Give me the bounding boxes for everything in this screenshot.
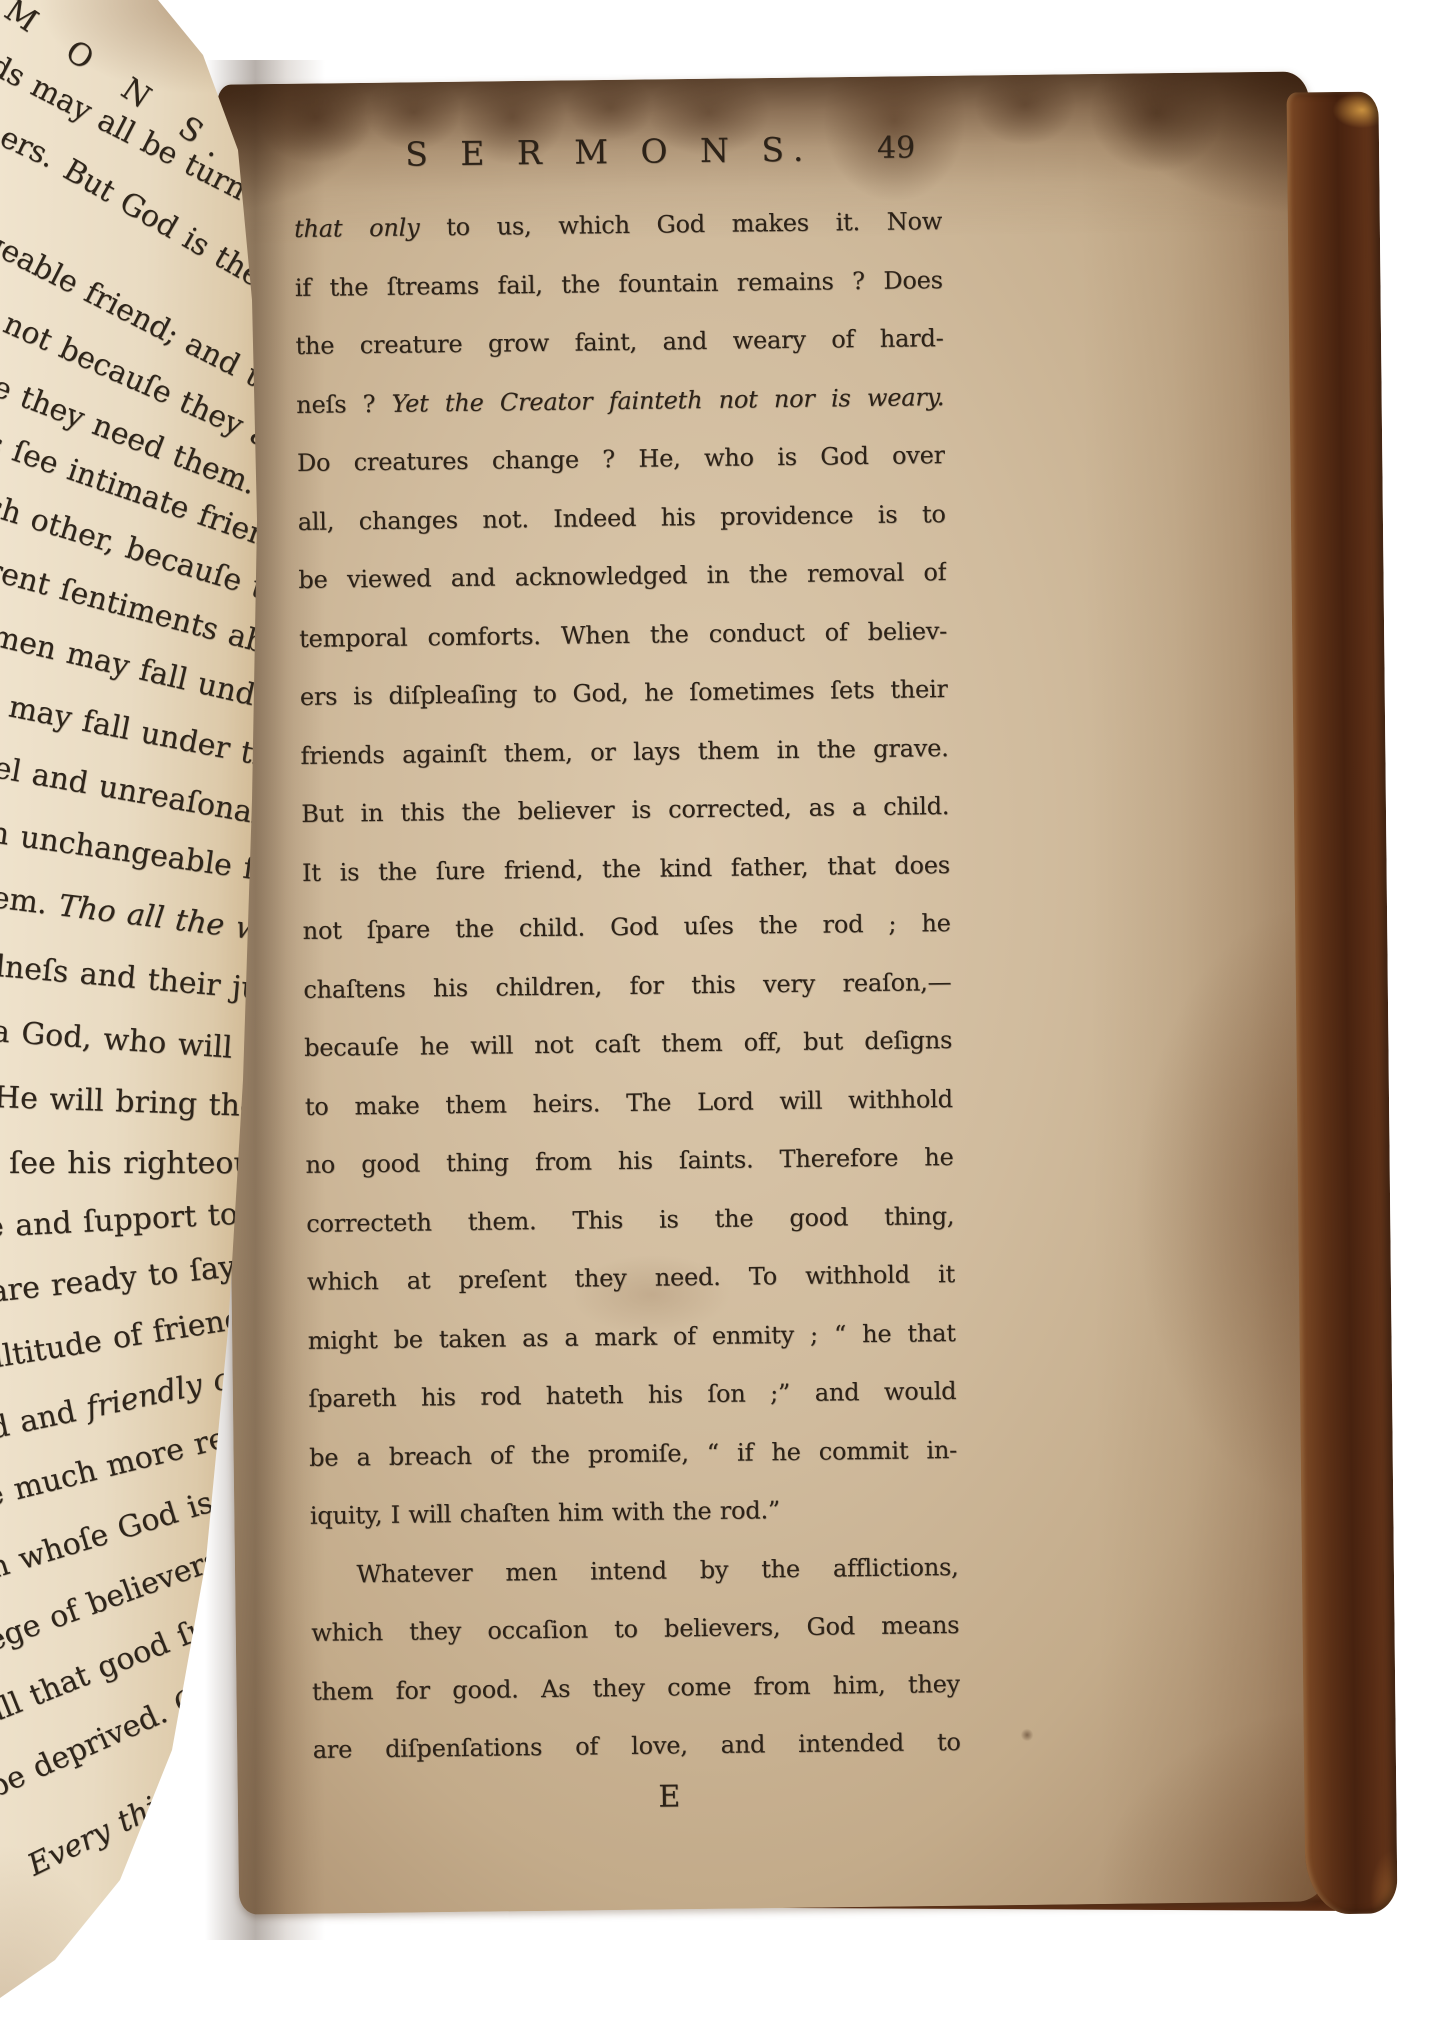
text-line: are diſpenſations of love, and intended … (312, 1713, 961, 1779)
text-line: that only to us, which God makes it. Now (294, 192, 943, 258)
text-line: which at preſent they need. To withhold … (307, 1245, 956, 1311)
text-segment: might be taken as a mark of enmity ; “ h… (308, 1318, 956, 1354)
text-line: be a breach of the promiſe, “ if he comm… (309, 1420, 958, 1486)
italic-text-segment: Yet the Creator fainteth not nor is wear… (391, 383, 944, 418)
text-line: iquity, I will chaſten him with the rod.… (310, 1479, 959, 1545)
text-line: It is the ſure friend, the kind father, … (302, 836, 951, 902)
text-segment: which they occaſion to believers, God me… (311, 1611, 959, 1647)
text-line: correcteth them. This is the good thing, (306, 1187, 955, 1253)
text-line: ſpareth his rod hateth his ſon ;” and wo… (308, 1362, 957, 1428)
text-line: Do creatures change ? He, who is God ove… (297, 426, 946, 492)
text-segment: em. (0, 880, 61, 923)
text-segment: which at preſent they need. To withhold … (307, 1260, 955, 1296)
text-segment: not ſpare the child. God uſes the rod ; … (303, 909, 951, 945)
text-segment: are diſpenſations of love, and intended … (313, 1728, 961, 1764)
text-segment: to us, which God makes it. Now (419, 207, 942, 241)
text-segment: temporal comforts. When the conduct of b… (299, 617, 947, 653)
text-segment: be a breach of the promiſe, “ if he comm… (309, 1435, 957, 1471)
text-line: Whatever men intend by the afflictions, (310, 1537, 959, 1603)
left-text-fragment: ers. (0, 120, 61, 176)
binding-spine-edge (1286, 92, 1397, 1915)
text-line: chaſtens his children, for this very rea… (303, 953, 952, 1019)
text-line: which they occaſion to believers, God me… (311, 1596, 960, 1662)
text-line: becauſe he will not caſt them off, but d… (304, 1011, 953, 1077)
page-number: 49 (877, 130, 916, 165)
text-segment: neſs ? (296, 389, 392, 418)
text-line: friends againſt them, or lays them in th… (300, 719, 949, 785)
right-page-text: S E R M O N S. 49 that only to us, which… (293, 128, 962, 1818)
text-line: be viewed and acknowledged in the remova… (298, 543, 947, 609)
text-segment: Whatever men intend by the afflictions, (356, 1552, 958, 1587)
text-line: But in this the believer is corrected, a… (301, 777, 950, 843)
body-text: that only to us, which God makes it. Now… (294, 192, 961, 1779)
italic-text-segment: that only (294, 213, 420, 243)
text-line: temporal comforts. When the conduct of b… (299, 602, 948, 668)
text-segment: ers is diſpleaſing to God, he ſometimes … (300, 675, 948, 711)
text-segment: It is the ſure friend, the kind father, … (302, 851, 950, 887)
text-line: to make them heirs. The Lord will withho… (305, 1070, 954, 1136)
text-line: the creature grow faint, and weary of ha… (295, 309, 944, 375)
book-photo: S E R M O N S. 49 that only to us, which… (0, 0, 1445, 2023)
text-segment: friends againſt them, or lays them in th… (300, 734, 948, 770)
text-segment: iquity, I will chaſten him with the rod.… (310, 1496, 780, 1530)
text-segment: But in this the believer is corrected, a… (301, 792, 949, 828)
text-line: all, changes not. Indeed his providence … (297, 485, 946, 551)
text-line: might be taken as a mark of enmity ; “ h… (307, 1303, 956, 1369)
running-head-title: S E R M O N S. (405, 130, 814, 174)
text-line: not ſpare the child. God uſes the rod ; … (302, 894, 951, 960)
text-segment: d and (0, 1392, 90, 1447)
text-segment: all, changes not. Indeed his providence … (298, 500, 946, 536)
text-segment: correcteth them. This is the good thing, (306, 1202, 954, 1238)
text-line: them for good. As they come from him, th… (312, 1654, 961, 1720)
text-segment: ſpareth his rod hateth his ſon ;” and wo… (308, 1377, 956, 1413)
left-page: M O N S. ds may all be turned intoers.Bu… (0, 0, 274, 2010)
text-segment: Do creatures change ? He, who is God ove… (297, 441, 945, 477)
text-segment: ers. (0, 120, 61, 176)
text-segment: to make them heirs. The Lord will withho… (305, 1085, 953, 1121)
text-line: if the ſtreams fail, the fountain remain… (294, 251, 943, 317)
text-segment: chaſtens his children, for this very rea… (303, 968, 951, 1004)
text-segment: them for good. As they come from him, th… (312, 1669, 960, 1705)
text-segment: becauſe he will not caſt them off, but d… (304, 1026, 952, 1062)
text-segment: if the ſtreams fail, the fountain remain… (295, 266, 943, 302)
text-segment: be viewed and acknowledged in the remova… (298, 558, 946, 594)
running-head-row: S E R M O N S. 49 (293, 128, 942, 200)
text-line: neſs ? Yet the Creator fainteth not nor … (296, 368, 945, 434)
text-line: no good thing from his ſaints. Therefore… (305, 1128, 954, 1194)
text-segment: the creature grow faint, and weary of ha… (295, 324, 943, 360)
text-line: ers is diſpleaſing to God, he ſometimes … (299, 660, 948, 726)
text-segment: no good thing from his ſaints. Therefore… (305, 1143, 953, 1179)
